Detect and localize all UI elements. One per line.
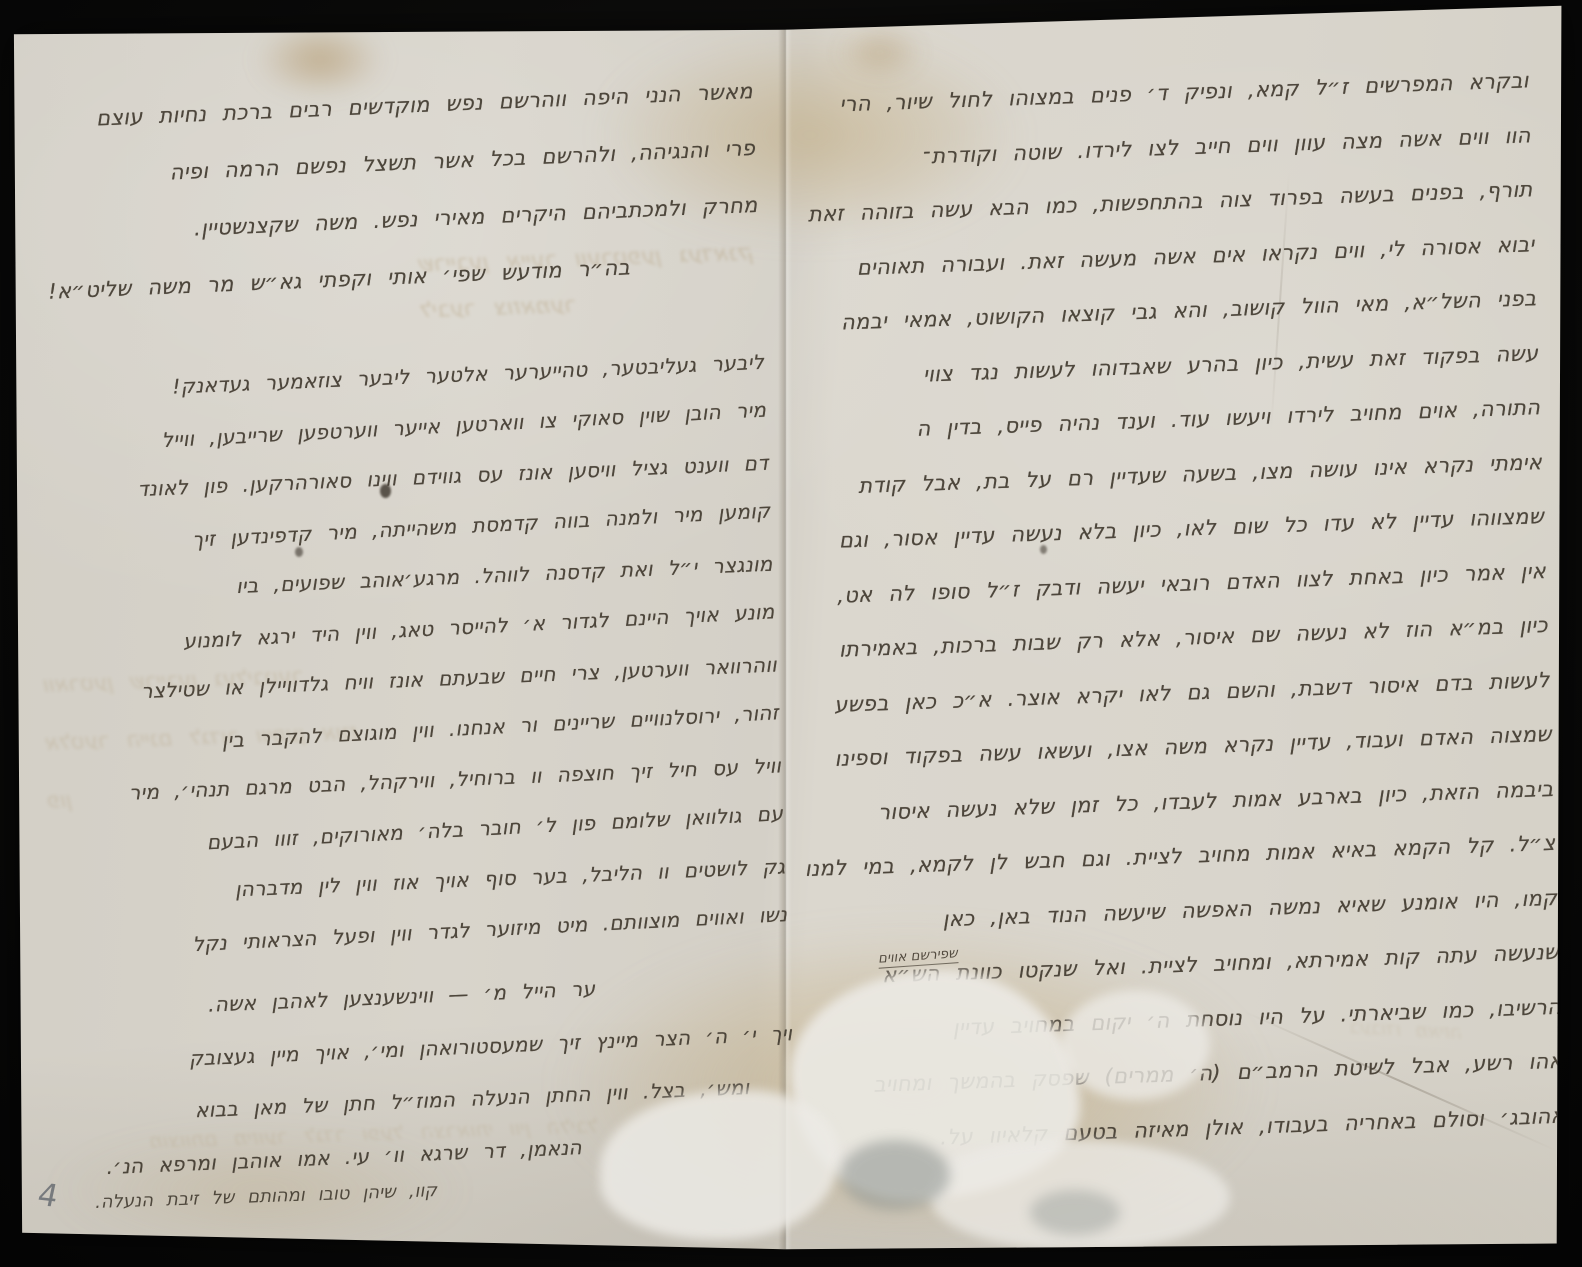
tissue-repair-patch bbox=[1060, 990, 1210, 1100]
letter-sheet: שרייבען אייער ווערטפען געדאנק ליבער צוזא… bbox=[0, 0, 1582, 1267]
left-page-opening-paragraph: מאשר הנני היפה ווהרשם נפש מוקדשים רבים ב… bbox=[15, 63, 761, 322]
letter-sheet-wrap: שרייבען אייער ווערטפען געדאנק ליבער צוזא… bbox=[0, 0, 1582, 1267]
gray-smudge bbox=[840, 1140, 950, 1210]
ink-blot bbox=[295, 547, 303, 557]
ink-blot bbox=[380, 484, 391, 498]
stain-top-edge-right bbox=[835, 25, 925, 80]
scan-background: שרייבען אייער ווערטפען געדאנק ליבער צוזא… bbox=[0, 0, 1582, 1267]
ink-blot bbox=[1040, 545, 1047, 554]
left-page-body-paragraph: ליבער געליבטער, טהייערער אלטער ליבער צוז… bbox=[27, 337, 789, 973]
gray-smudge bbox=[1030, 1190, 1120, 1235]
left-page-column: מאשר הנני היפה ווהרשם נפש מוקדשים רבים ב… bbox=[15, 63, 798, 1195]
